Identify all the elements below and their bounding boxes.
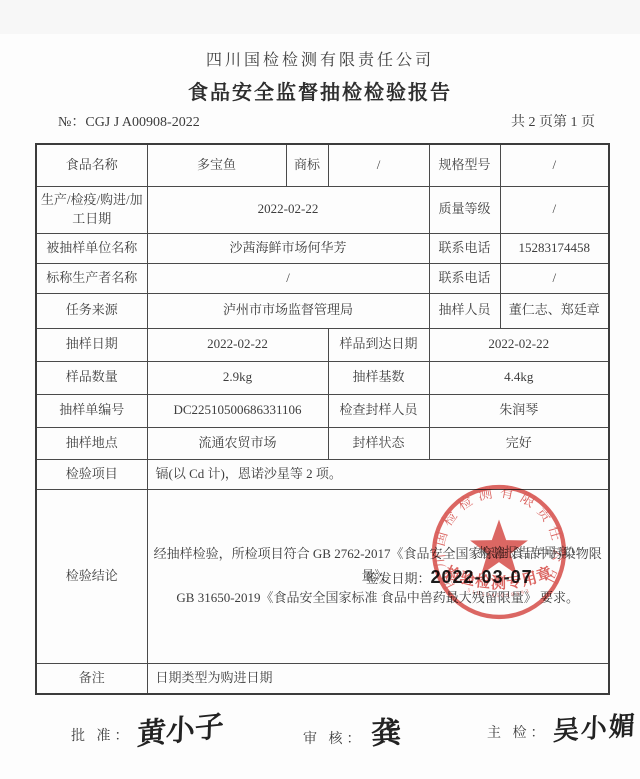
approve-group: 批 准：黄小子	[71, 708, 224, 749]
sampled-unit-phone-label: 联系电话	[429, 233, 500, 263]
sampling-base-label: 抽样基数	[328, 361, 429, 394]
producer-label: 标称生产者名称	[36, 263, 147, 293]
seal-bottom-text: 检验检测专用章	[442, 563, 555, 592]
seal-star-icon	[470, 520, 528, 575]
signature-row: 批 准：黄小子 审 核：龚 主 检：吴小媚	[35, 698, 608, 762]
table-row: 抽样地点 流通农贸市场 封样状态 完好	[36, 427, 609, 459]
task-source-value: 泸州市市场监督管理局	[147, 293, 429, 328]
sampling-place-label: 抽样地点	[36, 427, 147, 459]
seal-checker-label: 检查封样人员	[328, 394, 429, 427]
company-name: 四川国检检测有限责任公司	[0, 47, 640, 70]
review-label: 审 核：	[303, 732, 365, 747]
review-signature: 龚	[369, 707, 401, 753]
report-page: 四川国检检测有限责任公司 食品安全监督抽检检验报告 №：CGJ J A00908…	[0, 0, 640, 779]
official-seal-stamp-icon: 四川国检检测有限责任公司 检验检测专用章 5105045668393	[430, 483, 568, 621]
scan-margin-band	[0, 0, 640, 34]
report-title: 食品安全监督抽检检验报告	[0, 76, 640, 105]
producer-phone-value: /	[500, 263, 609, 293]
sampling-no-label: 抽样单编号	[36, 394, 147, 427]
table-row: 抽样日期 2022-02-22 样品到达日期 2022-02-22	[36, 328, 609, 361]
sampling-date-value: 2022-02-22	[147, 328, 328, 361]
sampling-place-value: 流通农贸市场	[147, 427, 328, 459]
samplers-label: 抽样人员	[429, 293, 500, 328]
seal-status-label: 封样状态	[328, 427, 429, 459]
arrival-date-value: 2022-02-22	[429, 328, 609, 361]
table-row: 食品名称 多宝鱼 商标 / 规格型号 /	[36, 144, 609, 186]
trademark-value: /	[328, 144, 429, 186]
prod-date-label: 生产/检疫/购进/加工日期	[36, 186, 147, 233]
svg-text:检验检测专用章: 检验检测专用章	[442, 563, 555, 592]
trademark-label: 商标	[286, 144, 328, 186]
sample-qty-label: 样品数量	[36, 361, 147, 394]
table-row: 被抽样单位名称 沙茜海鲜市场何华芳 联系电话 15283174458	[36, 233, 609, 263]
chief-group: 主 检：吴小媚	[487, 708, 637, 745]
quality-grade-label: 质量等级	[429, 186, 500, 233]
table-row: 生产/检疫/购进/加工日期 2022-02-22 质量等级 /	[36, 186, 609, 233]
food-name-value: 多宝鱼	[147, 144, 286, 186]
report-number: №：CGJ J A00908-2022	[58, 111, 200, 131]
remark-label: 备注	[36, 663, 147, 694]
food-name-label: 食品名称	[36, 144, 147, 186]
sample-qty-value: 2.9kg	[147, 361, 328, 394]
table-row: 抽样单编号 DC22510500686331106 检查封样人员 朱润琴	[36, 394, 609, 427]
conclusion-label: 检验结论	[36, 489, 147, 663]
arrival-date-label: 样品到达日期	[328, 328, 429, 361]
prod-date-value: 2022-02-22	[147, 186, 429, 233]
chief-label: 主 检：	[487, 726, 549, 741]
spec-model-value: /	[500, 144, 609, 186]
sampled-unit-label: 被抽样单位名称	[36, 233, 147, 263]
chief-signature: 吴小媚	[552, 705, 637, 748]
sign-date-label: 签发日期：	[366, 571, 431, 586]
report-number-line: №：CGJ J A00908-2022 共 2 页第 1 页	[58, 111, 595, 131]
page-info: 共 2 页第 1 页	[511, 111, 595, 131]
approve-label: 批 准：	[71, 729, 133, 744]
seal-checker-value: 朱润琴	[429, 394, 609, 427]
sampled-unit-phone-value: 15283174458	[500, 233, 609, 263]
remark-value: 日期类型为购进日期	[147, 663, 609, 694]
task-source-label: 任务来源	[36, 293, 147, 328]
test-items-label: 检验项目	[36, 459, 147, 489]
sampled-unit-value: 沙茜海鲜市场何华芳	[147, 233, 429, 263]
sampling-base-value: 4.4kg	[429, 361, 609, 394]
sampling-date-label: 抽样日期	[36, 328, 147, 361]
table-row: 任务来源 泸州市市场监督管理局 抽样人员 董仁志、郑廷章	[36, 293, 609, 328]
table-row: 标称生产者名称 / 联系电话 /	[36, 263, 609, 293]
sampling-no-value: DC22510500686331106	[147, 394, 328, 427]
quality-grade-value: /	[500, 186, 609, 233]
review-group: 审 核：龚	[303, 708, 401, 752]
seal-status-value: 完好	[429, 427, 609, 459]
samplers-value: 董仁志、郑廷章	[500, 293, 609, 328]
spec-model-label: 规格型号	[429, 144, 500, 186]
table-row: 备注 日期类型为购进日期	[36, 663, 609, 694]
table-row: 样品数量 2.9kg 抽样基数 4.4kg	[36, 361, 609, 394]
approve-signature: 黄小子	[136, 703, 224, 753]
producer-value: /	[147, 263, 429, 293]
producer-phone-label: 联系电话	[429, 263, 500, 293]
